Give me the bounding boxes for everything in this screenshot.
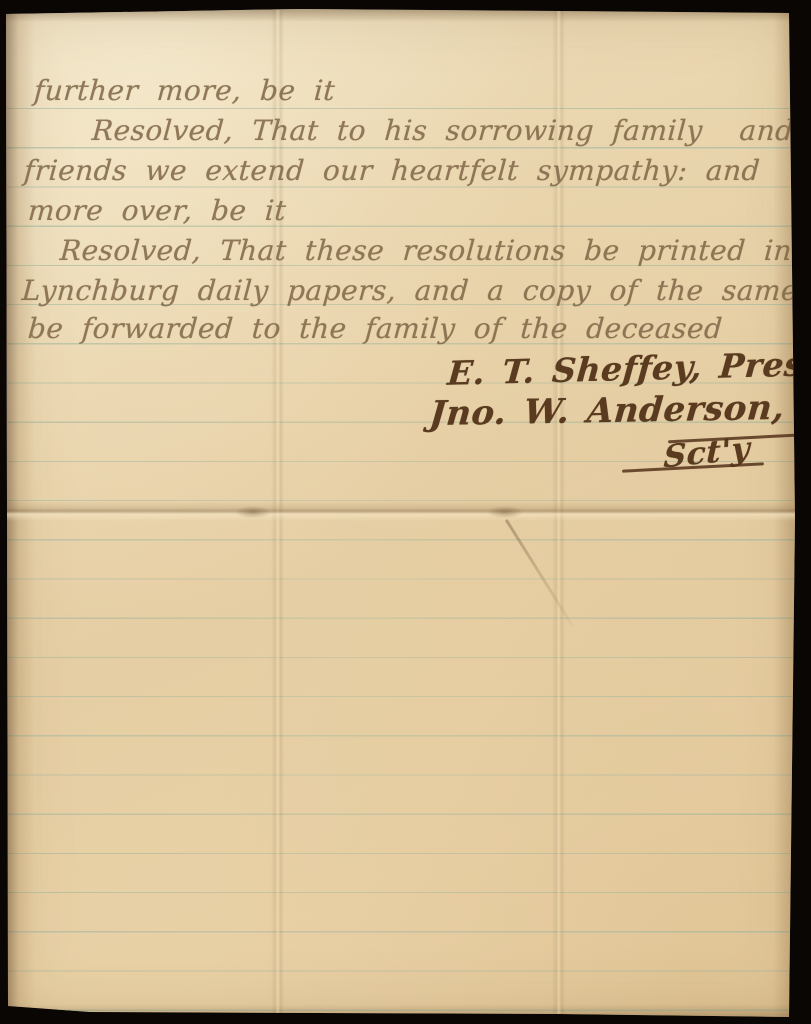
signature-secretary: Jno. W. Anderson, xyxy=(428,389,786,433)
scan-background: { "letter": { "lines": [ "further more, … xyxy=(0,0,811,1024)
handwriting-line-2: Resolved, That to his sorrowing family a… xyxy=(91,112,795,150)
handwriting-line-6: Lynchburg daily papers, and a copy of th… xyxy=(21,272,800,310)
handwriting-line-4: more over, be it xyxy=(27,192,288,230)
scanned-letter-photo: further more, be it Resolved, That to hi… xyxy=(0,0,811,1024)
handwriting-line-1: further more, be it xyxy=(33,72,337,110)
paper-bottom-edge-shadow xyxy=(0,1004,811,1020)
paper-top-edge-shadow xyxy=(0,8,811,22)
letter-paper: further more, be it Resolved, That to hi… xyxy=(0,0,811,1024)
handwriting-line-7: be forwarded to the family of the deceas… xyxy=(27,310,724,348)
handwriting-line-3: friends we extend our heartfelt sympathy… xyxy=(23,152,762,190)
handwriting-line-5: Resolved, That these resolutions be prin… xyxy=(59,232,811,270)
horizontal-fold-crease xyxy=(0,501,811,521)
